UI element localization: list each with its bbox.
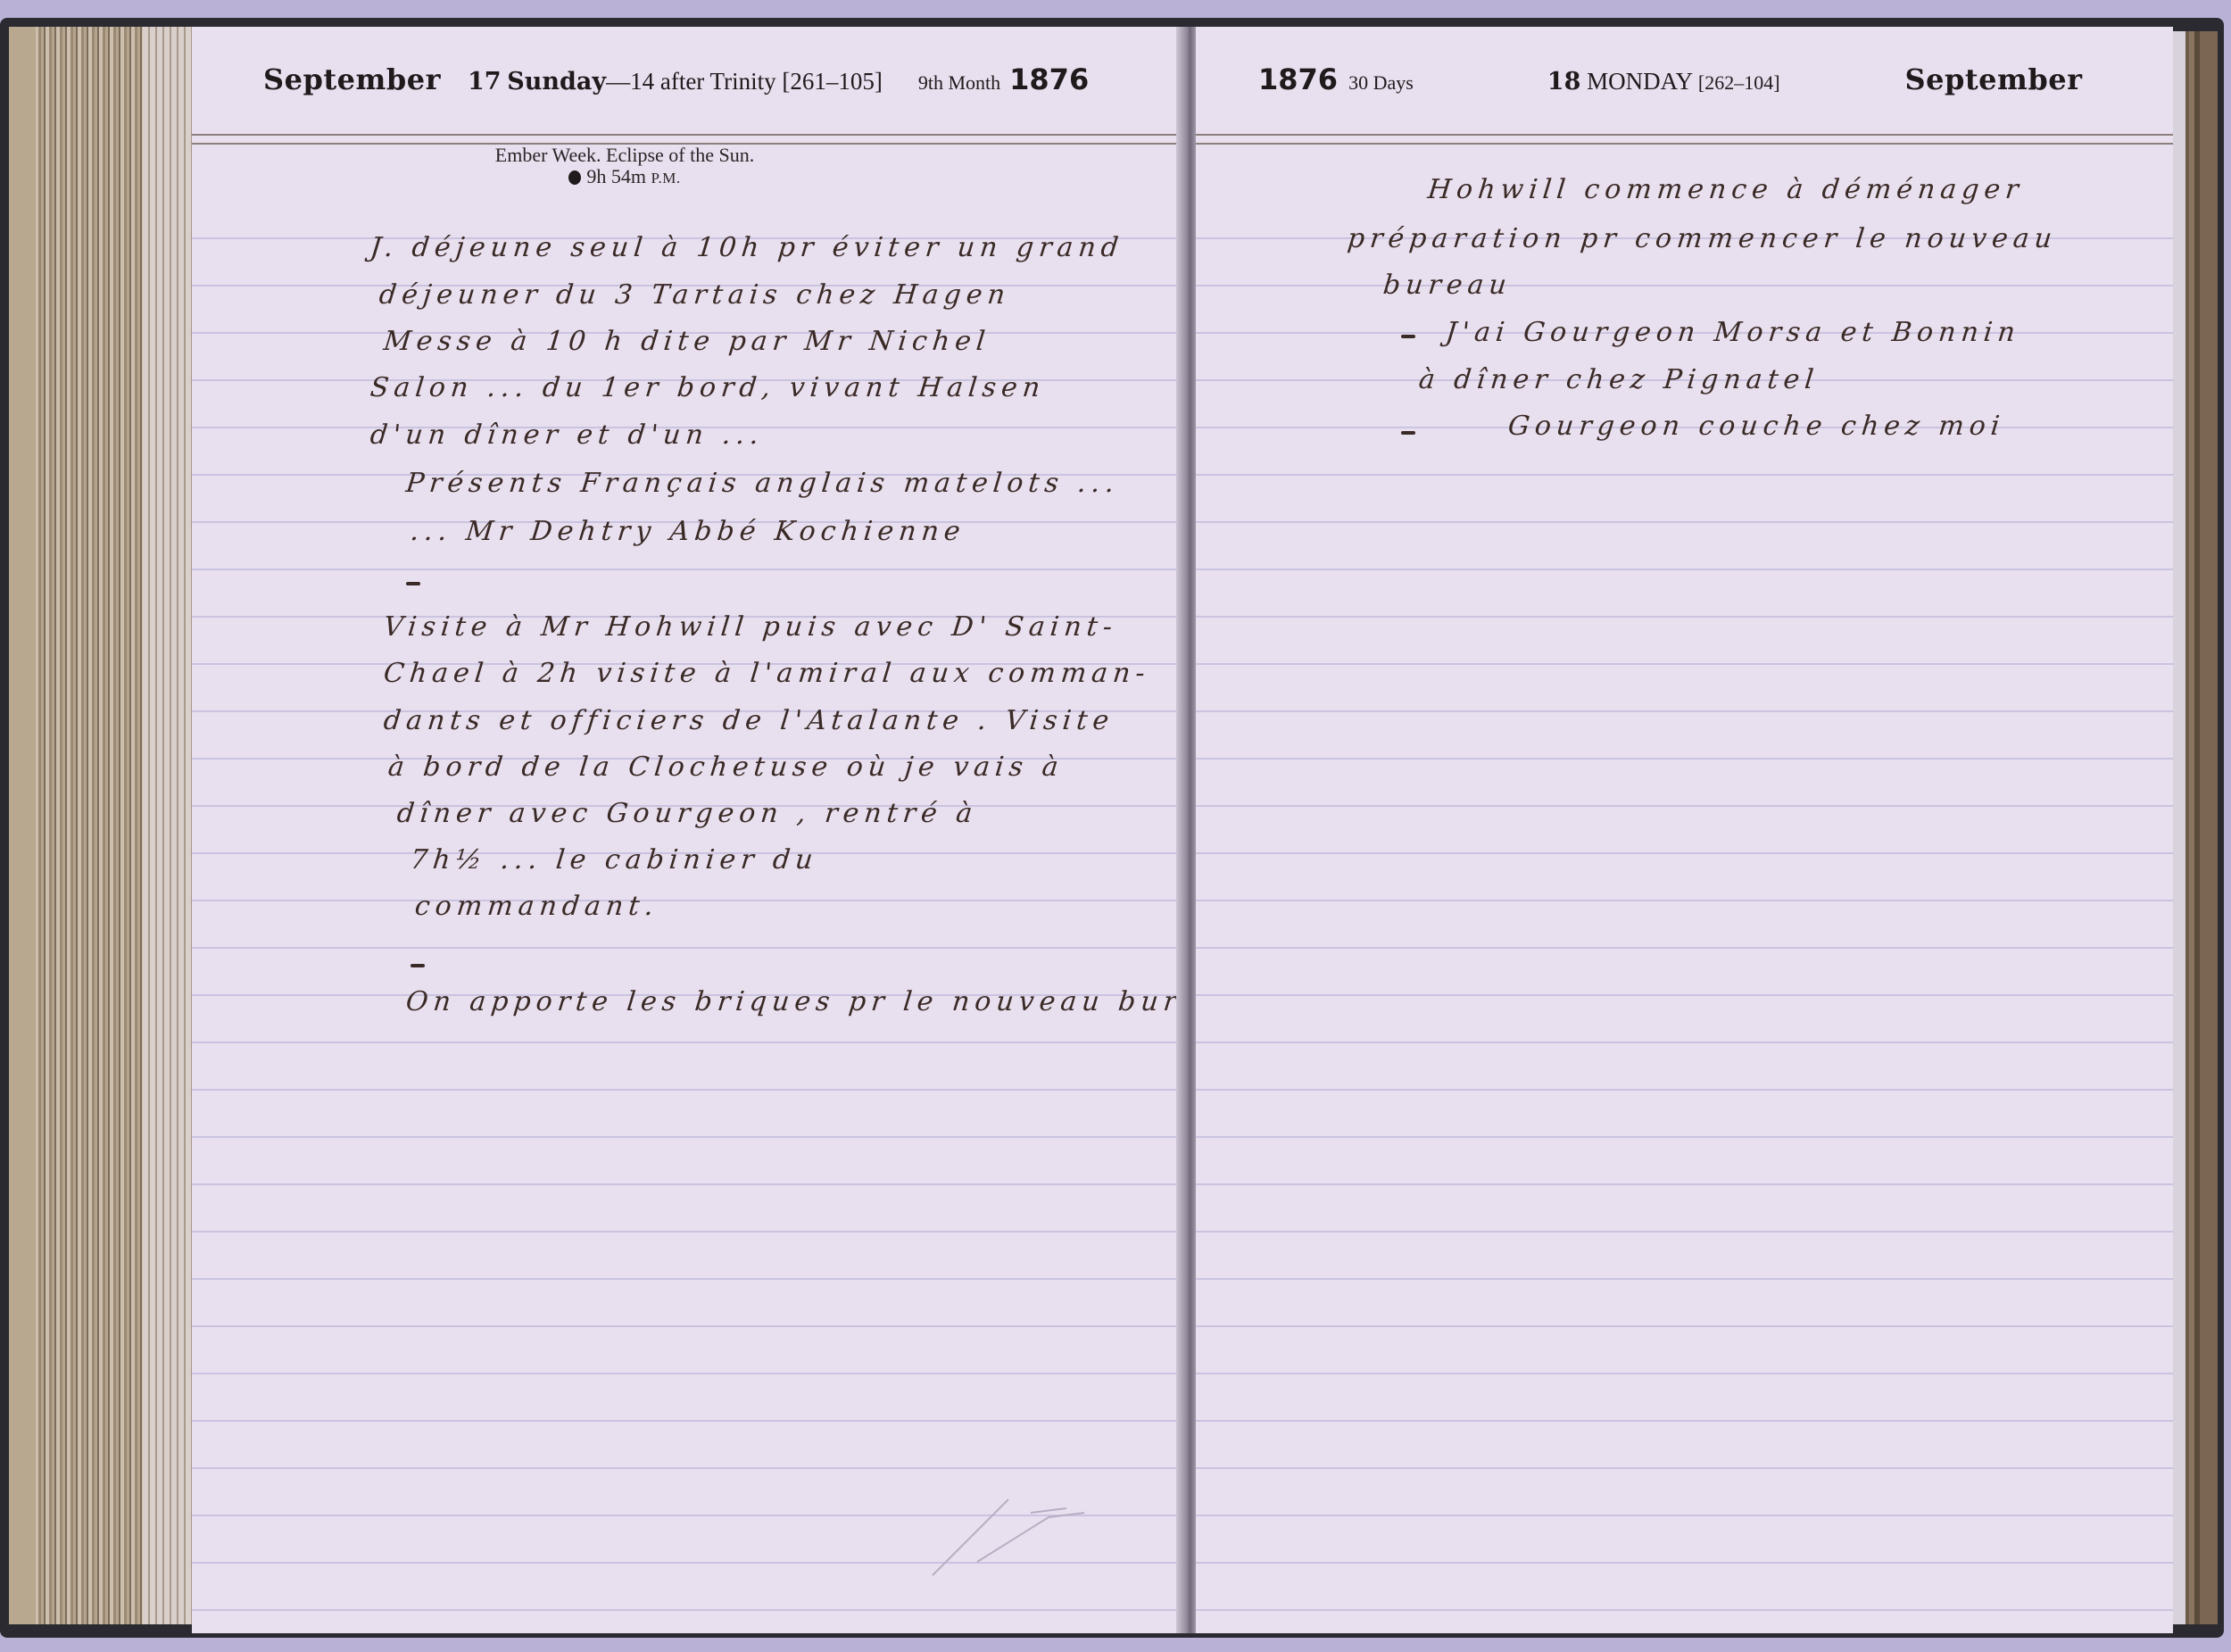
right-page-stack-edge xyxy=(2173,31,2218,1624)
header-month: September xyxy=(263,62,441,96)
right-page-header: 1876 30 Days 18 MONDAY [262–104] Septemb… xyxy=(1196,62,2173,98)
header-day-note: —14 after Trinity [261–105] xyxy=(606,68,883,95)
handwriting-line: d'un dîner et d'un ... xyxy=(369,419,766,451)
header-day-number: 17 xyxy=(468,68,502,95)
handwriting-line: préparation pr commencer le nouveau xyxy=(1346,223,2059,254)
eclipse-time-suffix: P.M. xyxy=(651,170,680,187)
header-day: 17 Sunday—14 after Trinity [261–105] xyxy=(468,68,883,95)
left-page: September 17 Sunday—14 after Trinity [26… xyxy=(192,27,1182,1633)
ruled-lines xyxy=(1196,192,2173,1633)
printed-almanac-note: Ember Week. Eclipse of the Sun. 9h 54m P… xyxy=(437,145,812,189)
handwriting-line: à bord de la Clochetuse où je vais à xyxy=(386,751,1065,783)
left-page-header: September 17 Sunday—14 after Trinity [26… xyxy=(192,62,1182,98)
header-month: September xyxy=(1905,62,2083,96)
entry-separator-dash xyxy=(1401,431,1415,435)
header-days-in-month: 30 Days xyxy=(1348,71,1414,95)
handwriting-line: déjeuner du 3 Tartais chez Hagen xyxy=(377,279,1012,311)
handwriting-line: Visite à Mr Hohwill puis avec D' Saint- xyxy=(382,611,1119,643)
handwriting-line: bureau xyxy=(1381,270,1514,301)
handwriting-line: dîner avec Gourgeon , rentré à xyxy=(395,798,979,829)
handwriting-line: Présents Français anglais matelots ... xyxy=(404,468,1121,499)
header-day-note: [262–104] xyxy=(1698,71,1780,94)
header-month-ordinal: 9th Month xyxy=(918,71,1000,95)
entry-separator-dash xyxy=(1401,335,1415,338)
almanac-line-2: 9h 54m P.M. xyxy=(437,166,812,189)
handwriting-line: commandant. xyxy=(413,891,660,922)
pencil-mark xyxy=(924,1490,1084,1580)
header-day-number: 18 xyxy=(1547,68,1581,95)
entry-separator-dash xyxy=(406,582,420,585)
new-moon-icon xyxy=(568,170,581,185)
handwriting-line: dants et officiers de l'Atalante . Visit… xyxy=(382,705,1115,736)
handwriting-line: à dîner chez Pignatel xyxy=(1417,364,1820,395)
ruled-lines xyxy=(192,192,1182,1633)
handwriting-line: Messe à 10 h dite par Mr Nichel xyxy=(382,326,991,357)
handwriting-line: J. déjeune seul à 10h pr éviter un grand xyxy=(369,232,1125,263)
handwriting-line: Chael à 2h visite à l'amiral aux comman- xyxy=(382,658,1151,689)
almanac-line-1: Ember Week. Eclipse of the Sun. xyxy=(437,145,812,166)
header-day-name: Sunday xyxy=(507,68,606,95)
handwriting-line: ... Mr Dehtry Abbé Kochienne xyxy=(409,516,966,547)
handwriting-line: Gourgeon couche chez moi xyxy=(1506,411,2006,442)
header-day-name: MONDAY xyxy=(1587,68,1692,95)
handwriting-line: On apporte les briques pr le nouveau bur… xyxy=(404,986,1182,1017)
header-double-rule xyxy=(1196,134,2173,145)
right-page: 1876 30 Days 18 MONDAY [262–104] Septemb… xyxy=(1196,27,2173,1633)
left-page-stack-edge xyxy=(9,27,201,1624)
handwriting-line: J'ai Gourgeon Morsa et Bonnin xyxy=(1444,317,2021,348)
header-day: 18 MONDAY [262–104] xyxy=(1547,68,1780,95)
entry-separator-dash xyxy=(411,964,425,967)
eclipse-time: 9h 54m xyxy=(586,165,646,187)
header-year: 1876 xyxy=(1009,62,1089,96)
handwriting-line: Salon ... du 1er bord, vivant Halsen xyxy=(369,372,1047,403)
handwriting-line: 7h½ ... le cabinier du xyxy=(409,844,819,876)
handwriting-line: Hohwill commence à déménager xyxy=(1426,174,2025,205)
header-year: 1876 xyxy=(1258,62,1338,96)
